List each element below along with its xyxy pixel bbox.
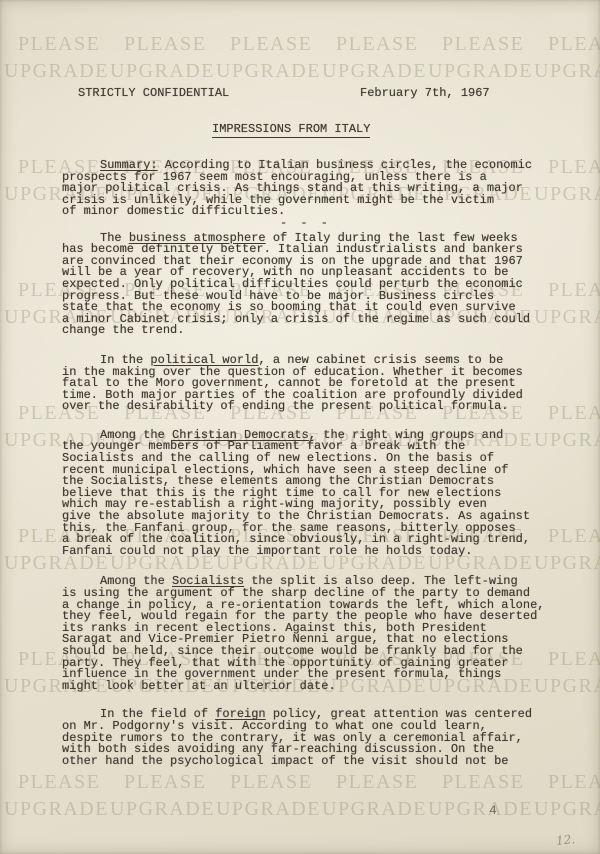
summary-paragraph: Summary: According to Italian business c… [62,160,564,218]
typed-content: STRICTLY CONFIDENTIAL February 7th, 1967… [62,0,564,767]
foreign-policy-paragraph: In the field of foreign policy, great at… [62,709,564,767]
classification-label: STRICTLY CONFIDENTIAL [78,86,229,100]
watermark-word: PLEASE [442,772,524,792]
business-atmosphere-paragraph: The business atmosphere of Italy during … [62,233,564,337]
paragraph-text: , the right wing groups and the younger … [62,428,530,558]
watermark-word: UPGRADE [216,799,321,819]
watermark-word: PLEASE [336,772,418,792]
scanned-document-page: PLEASEPLEASEPLEASEPLEASEPLEASEPLEASEUPGR… [0,0,600,854]
section-divider: - - - [280,218,564,230]
paragraph-text: of Italy during the last few weeks has b… [62,231,530,338]
paragraph-text: the split is also deep. The left-wing is… [62,574,544,692]
watermark-word: UPGRADE [428,799,533,819]
watermark-word: UPGRADE [534,799,600,819]
document-date: February 7th, 1967 [360,88,490,100]
christian-democrats-paragraph: Among the Christian Democrats, the right… [62,430,564,558]
watermark-word: UPGRADE [322,799,427,819]
watermark-word: PLEASE [230,772,312,792]
title-row: IMPRESSIONS FROM ITALY [62,124,564,140]
watermark-word: PLEASE [124,772,206,792]
page-number: 4 [489,803,497,818]
watermark-word: PLEASE [18,772,100,792]
political-world-paragraph: In the political world, a new cabinet cr… [62,355,564,413]
watermark-word: UPGRADE [110,799,215,819]
document-header: STRICTLY CONFIDENTIAL February 7th, 1967 [62,88,564,102]
watermark-word: UPGRADE [4,799,109,819]
socialists-paragraph: Among the Socialists the split is also d… [62,576,564,692]
handwritten-note: 12. [555,832,575,848]
watermark-word: PLEASE [548,772,600,792]
document-title: IMPRESSIONS FROM ITALY [212,124,370,138]
